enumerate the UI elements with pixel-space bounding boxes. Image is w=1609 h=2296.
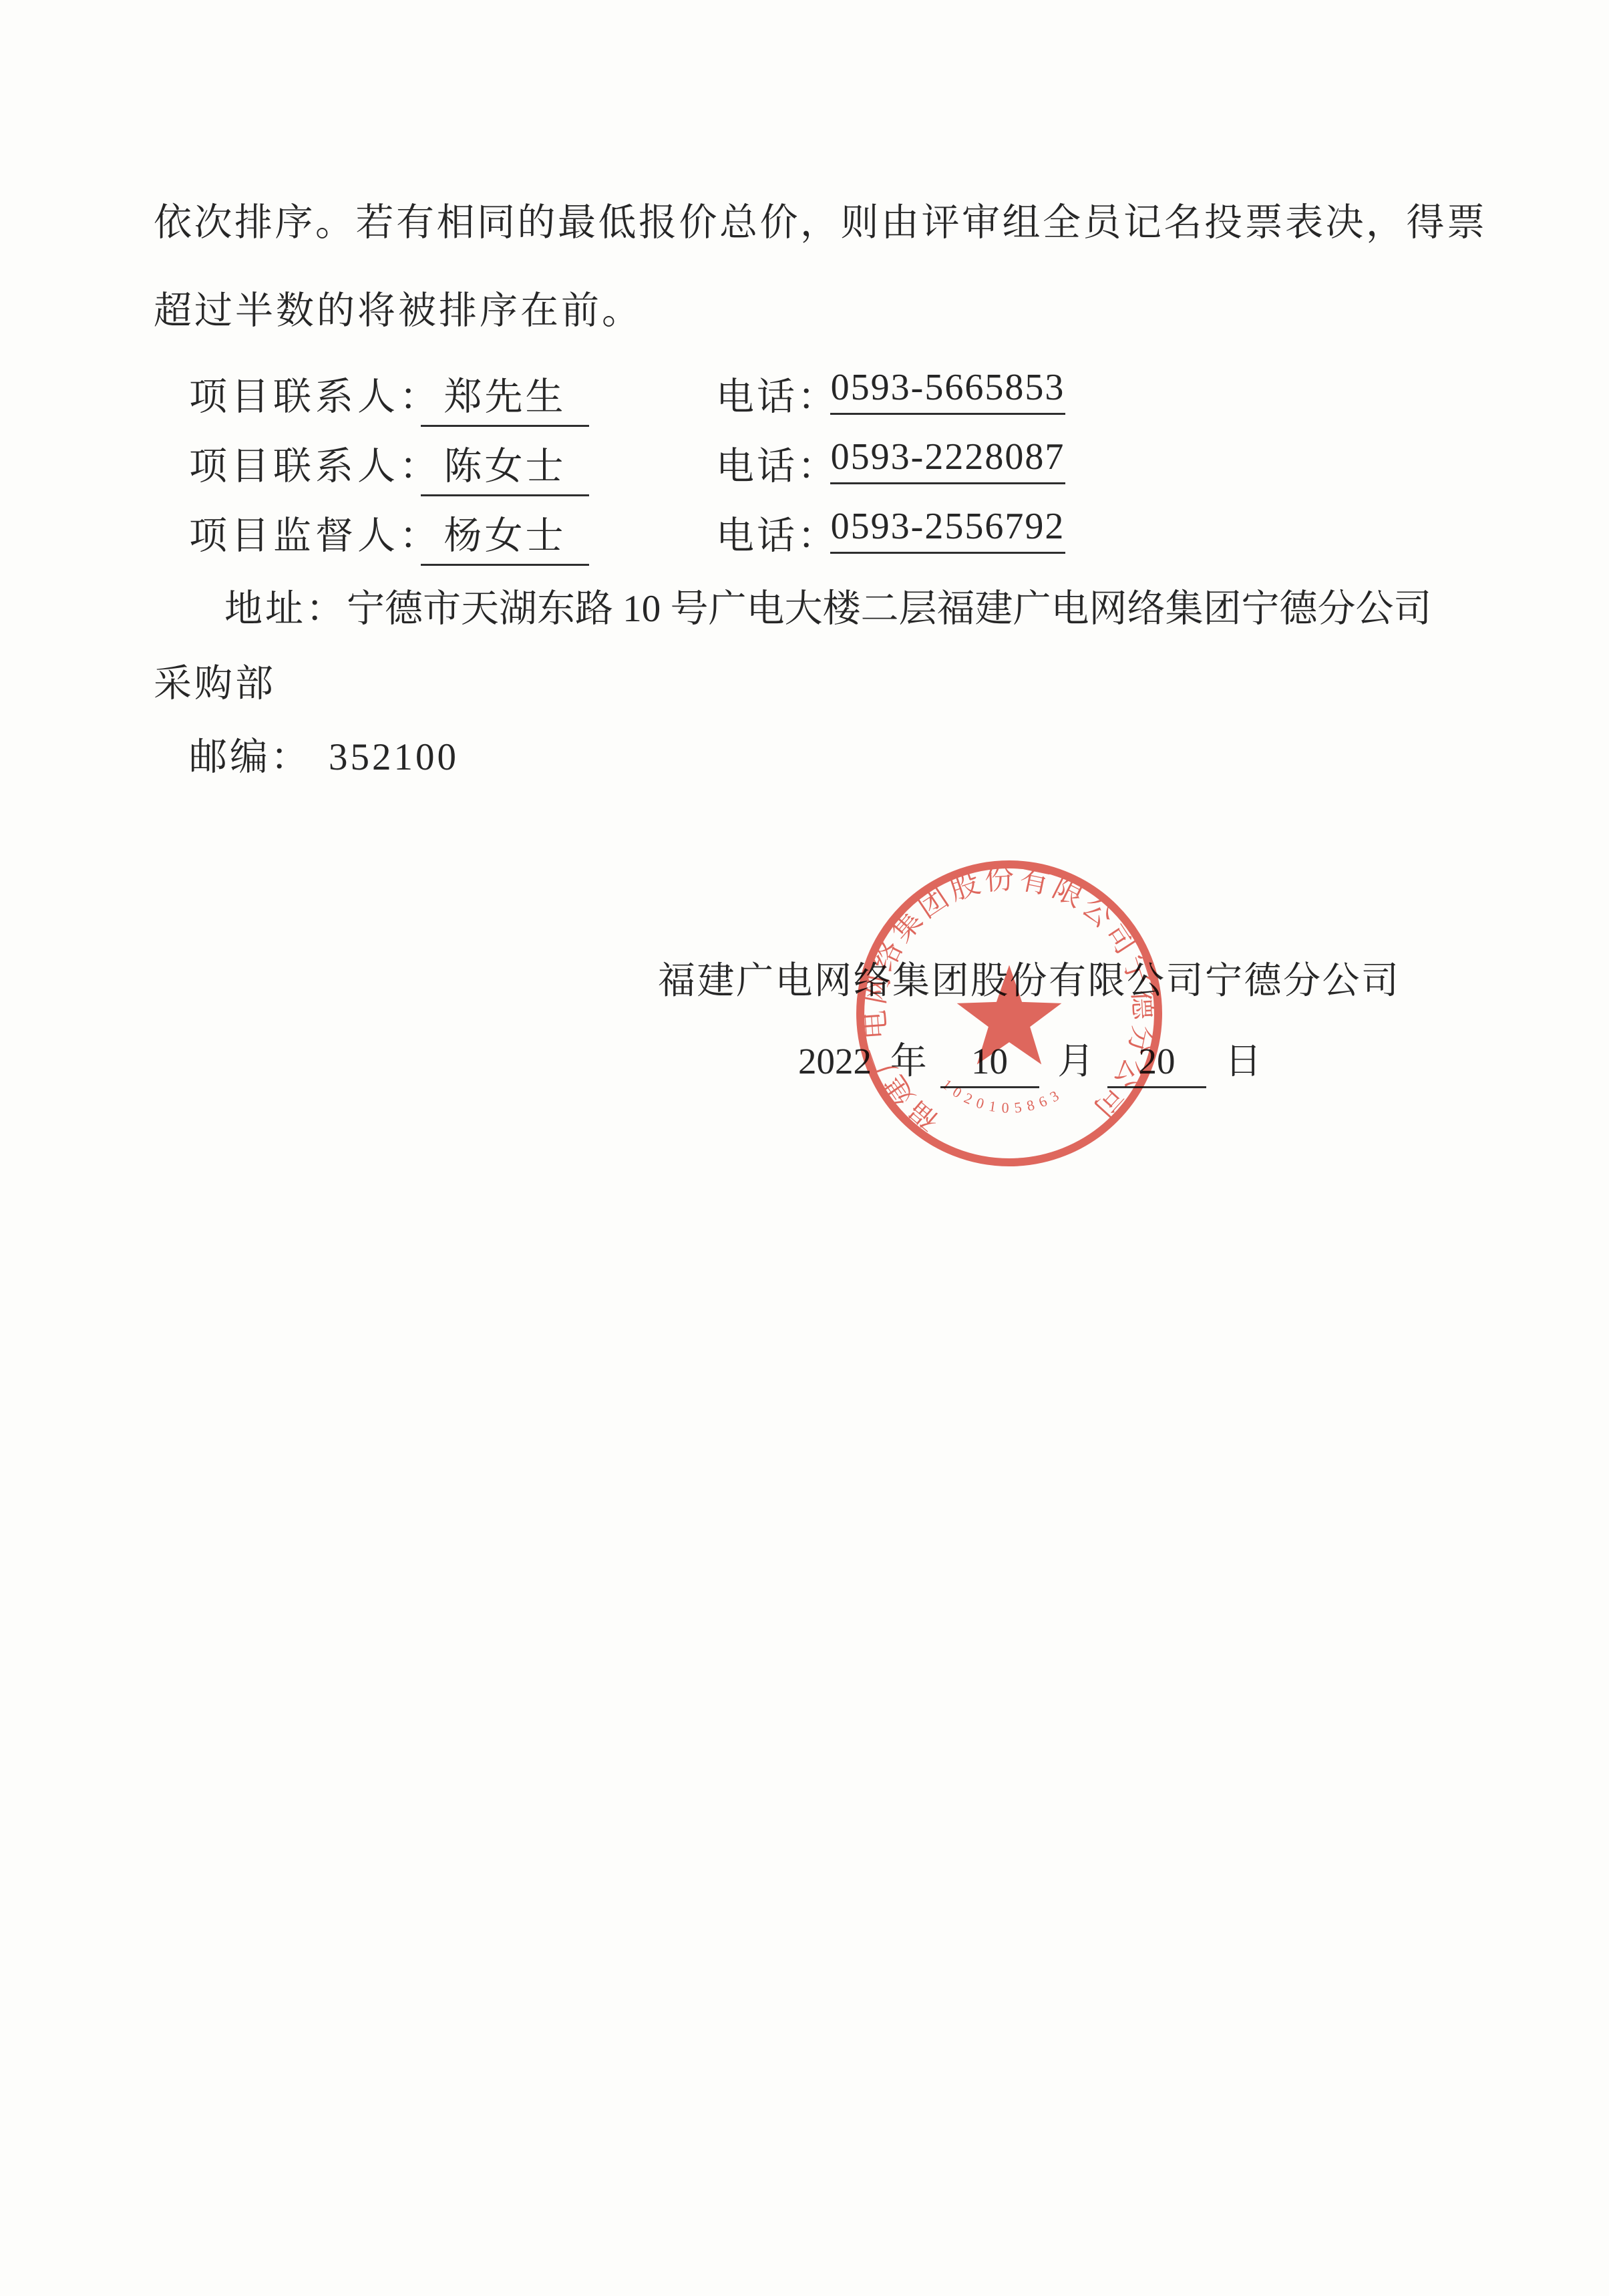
contact-row: 项目监督人： 杨女士 电话： 0593-2556792 [0,505,1609,565]
phone-number-value: 0593-2228087 [830,436,1065,484]
contact-name-value: 陈女士 [421,436,589,496]
contact-row: 项目联系人： 陈女士 电话： 0593-2228087 [0,436,1609,496]
signature-company: 福建广电网络集团股份有限公司宁德分公司 [658,951,1401,1005]
contact-row: 项目联系人： 郑先生 电话： 0593-5665853 [0,366,1609,426]
phone-number-value: 0593-5665853 [830,366,1065,415]
phone-label: 电话： [716,366,838,421]
postal-row: 邮编：352100 [189,735,459,780]
date-month-value: 10 [940,1040,1039,1088]
date-day-value: 20 [1107,1040,1206,1088]
svg-text:福建广电网络集团股份有限公司宁德分公司: 福建广电网络集团股份有限公司宁德分公司 [855,856,1164,1170]
phone-number-value: 0593-2556792 [830,505,1065,554]
postal-value: 352100 [329,736,459,778]
company-seal-graphic: 福建广电网络集团股份有限公司宁德分公司 1020105863 [855,856,1164,1170]
paragraph-line-1: 依次排序。若有相同的最低报价总价，则由评审组全员记名投票表决，得票 [154,200,1487,246]
seal-ring [860,864,1158,1162]
postal-label: 邮编： [189,736,311,778]
document-page: 依次排序。若有相同的最低报价总价，则由评审组全员记名投票表决，得票 超过半数的将… [0,0,1609,2296]
contact-label: 项目联系人： [189,366,441,421]
company-seal: 福建广电网络集团股份有限公司宁德分公司 1020105863 [855,856,1164,1170]
contact-name-value: 杨女士 [421,505,589,566]
address-line: 地址：宁德市天湖东路 10 号广电大楼二层福建广电网络集团宁德分公司 [224,587,1432,632]
contact-label: 项目监督人： [189,505,441,560]
date-year: 2022 [798,1040,872,1082]
signature-date: 2022 年 10 月 20 日 [798,1031,1266,1088]
contact-name-value: 郑先生 [421,366,589,427]
address-value: 宁德市天湖东路 10 号广电大楼二层福建广电网络集团宁德分公司 [347,588,1432,630]
seal-ring-text: 福建广电网络集团股份有限公司宁德分公司 [855,856,1164,1170]
paragraph-line-2: 超过半数的将被排序在前。 [154,289,643,334]
date-day-unit: 日 [1225,1031,1262,1084]
address-overflow-line: 采购部 [154,661,276,707]
date-month-unit: 月 [1057,1031,1094,1084]
date-year-unit: 年 [890,1031,927,1084]
phone-label: 电话： [716,505,838,560]
address-label: 地址： [224,588,347,630]
phone-label: 电话： [716,436,838,490]
contact-label: 项目联系人： [189,436,441,490]
